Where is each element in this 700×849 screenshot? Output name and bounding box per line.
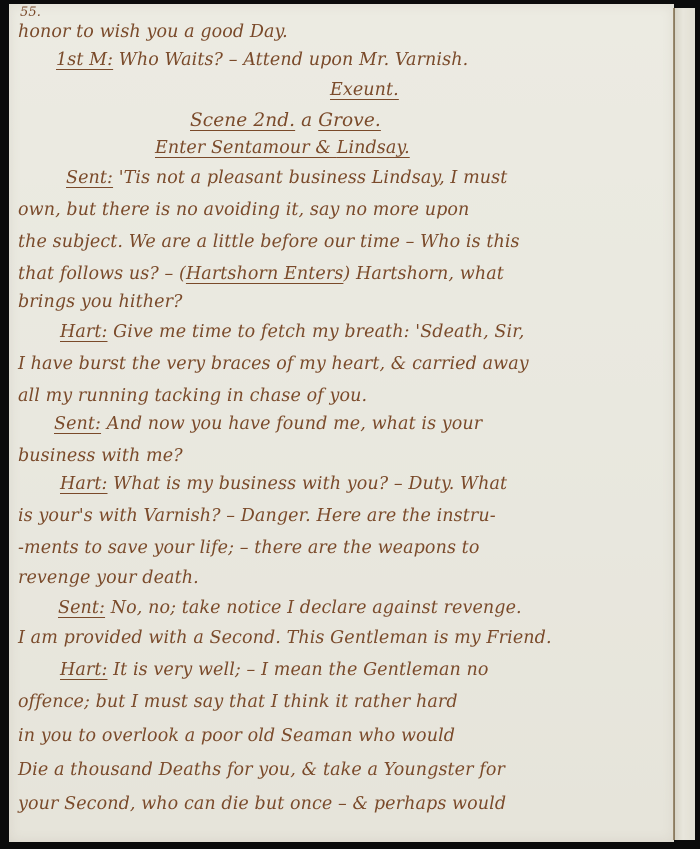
scene-location: Grove. [318, 110, 381, 131]
line-19: revenge your death. [18, 568, 199, 588]
line-text: honor to wish you a good Day. [18, 22, 288, 42]
line-24: in you to overlook a poor old Seaman who… [18, 726, 455, 746]
line-25: Die a thousand Deaths for you, & take a … [18, 760, 505, 780]
speaker-label: Sent: [58, 598, 105, 618]
speaker-label: 1st M: [56, 50, 113, 70]
page-number: 55. [20, 5, 41, 20]
line-26: your Second, who can die but once – & pe… [18, 794, 506, 814]
line-1: honor to wish you a good Day. [18, 22, 288, 42]
speaker-label: Hart: [60, 474, 108, 494]
line-15: business with me? [18, 446, 183, 466]
line-12: I have burst the very braces of my heart… [18, 354, 529, 374]
scene-number: Scene 2nd. [190, 110, 295, 131]
stage-direction: Hartshorn Enters [186, 264, 343, 284]
background-strip [0, 842, 700, 849]
line-text: Who Waits? – Attend upon Mr. Varnish. [113, 50, 468, 70]
line-8: the subject. We are a little before our … [18, 232, 520, 252]
line-10: brings you hither? [18, 292, 183, 312]
line-11: Hart: Give me time to fetch my breath: '… [60, 322, 524, 342]
line-18: -ments to save your life; – there are th… [18, 538, 479, 558]
line-6: Sent: 'Tis not a pleasant business Linds… [66, 168, 507, 188]
line-text: 'Tis not a pleasant business Lindsay, I … [113, 168, 507, 188]
line-text: Enter Sentamour & [155, 138, 337, 158]
line-21: I am provided with a Second. This Gentle… [18, 628, 552, 648]
speaker-label: Hart: [60, 660, 108, 680]
character-name: Lindsay. [337, 138, 410, 158]
line-text: Give me time to fetch my breath: 'Sdeath… [108, 322, 525, 342]
line-text: It is very well; – I mean the Gentleman … [108, 660, 489, 680]
line-13: all my running tacking in chase of you. [18, 386, 367, 406]
line-9: that follows us? – (Hartshorn Enters) Ha… [18, 264, 504, 284]
scene-heading: Scene 2nd. a Grove. [190, 110, 381, 131]
line-text: No, no; take notice I declare against re… [105, 598, 522, 618]
line-22: Hart: It is very well; – I mean the Gent… [60, 660, 489, 680]
line-text: that follows us? – ( [18, 264, 186, 284]
line-text: And now you have found me, what is your [101, 414, 482, 434]
next-page-edge [674, 8, 695, 840]
speaker-label: Sent: [66, 168, 113, 188]
stage-direction-exeunt: Exeunt. [330, 80, 399, 100]
speaker-label: Sent: [54, 414, 101, 434]
line-7: own, but there is no avoiding it, say no… [18, 200, 469, 220]
line-2: 1st M: Who Waits? – Attend upon Mr. Varn… [56, 50, 468, 70]
line-17: is your's with Varnish? – Danger. Here a… [18, 506, 496, 526]
line-text: a [295, 110, 318, 131]
line-text: What is my business with you? – Duty. Wh… [108, 474, 508, 494]
line-16: Hart: What is my business with you? – Du… [60, 474, 507, 494]
line-text: ) Hartshorn, what [343, 264, 503, 284]
line-23: offence; but I must say that I think it … [18, 692, 458, 712]
speaker-label: Hart: [60, 322, 108, 342]
enter-direction: Enter Sentamour & Lindsay. [155, 138, 410, 158]
line-20: Sent: No, no; take notice I declare agai… [58, 598, 522, 618]
line-14: Sent: And now you have found me, what is… [54, 414, 482, 434]
